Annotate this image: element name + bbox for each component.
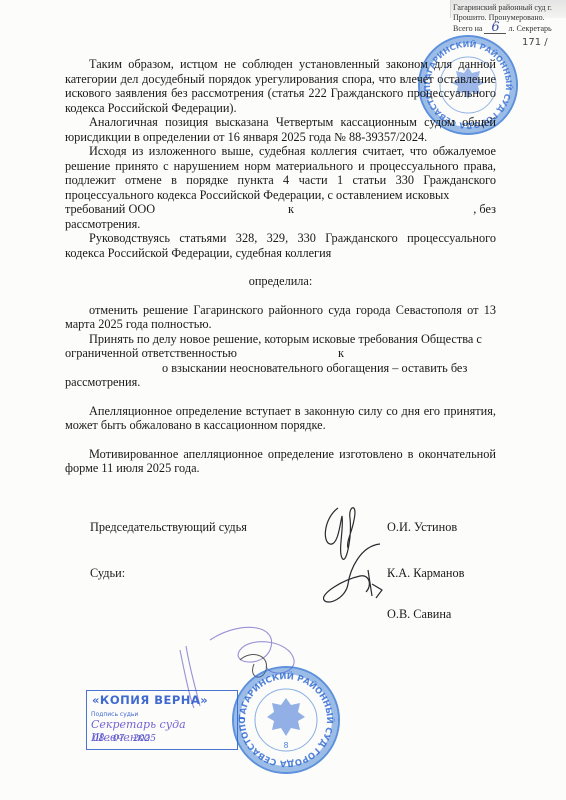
paragraph-final-form: Мотивированное апелляционное определение… [65,447,496,476]
presiding-judge-label: Председательствующий судья [90,520,247,535]
document-page: Гагаринский районный суд г. Прошито. Про… [0,0,566,800]
binding-stamp-stitched: Прошито. Пронумеровано. [453,13,566,23]
binding-stamp-total-label: Всего на [453,24,482,33]
ruling-line-2: ограниченной ответственностью к [65,346,496,361]
claims-without: , без [473,202,496,217]
copy-stamp-subtitle: Подпись судьи [91,711,138,718]
ruling-heading: определила: [65,274,496,289]
judge-karmanov-name: К.А. Карманов [387,566,464,581]
claims-line: требований ООО к , без [65,202,496,217]
copy-stamp-date: 08 . 07 . 2025 [93,734,156,744]
handwritten-marks: 171 / [522,37,548,48]
claims-end: рассмотрения. [65,217,496,232]
court-seal-bottom: ГАГАРИНСКИЙ РАЙОННЫЙ СУД ГОРОДА СЕВАСТОП… [232,666,340,774]
paragraph-conclusion: Исходя из изложенного выше, судебная кол… [65,144,496,202]
paragraph-pretrial: Таким образом, истцом не соблюден устано… [65,57,496,115]
binding-stamp-pages: Всего на 6 л. Секретарь [453,23,566,34]
certified-copy-stamp: «КОПИЯ ВЕРНА» Подпись судьи Секретарь су… [86,690,238,750]
ruling-cancel: отменить решение Гагаринского районного … [65,303,496,332]
binding-stamp-secretary: л. Секретарь [508,24,551,33]
ruling-new-decision: Принять по делу новое решение, которым и… [65,332,496,347]
ruling-llc: ограниченной ответственностью [65,346,237,361]
handwritten-page-count: 6 [484,23,506,34]
eagle-emblem-bottom-icon [267,698,305,736]
document-body: Таким образом, истцом не соблюден устано… [65,57,496,476]
judge-savina-name: О.В. Савина [387,607,451,622]
signature-karmanov-icon [320,540,390,610]
binding-stamp-court: Гагаринский районный суд г. [453,3,566,13]
seal-ring-text-bottom-icon: ГАГАРИНСКИЙ РАЙОННЫЙ СУД ГОРОДА СЕВАСТОП… [234,668,338,772]
ruling-end: рассмотрения. [65,375,496,390]
ruling-k: к [338,346,344,361]
copy-stamp-title: «КОПИЯ ВЕРНА» [92,693,208,707]
paragraph-cassation-position: Аналогичная позиция высказана Четвертым … [65,115,496,144]
paragraph-entry-into-force: Апелляционное определение вступает в зак… [65,404,496,433]
claims-ooo: требований ООО [65,202,155,217]
svg-text:8: 8 [283,741,288,750]
binding-stamp: Гагаринский районный суд г. Прошито. Про… [453,3,566,34]
ruling-line-3: о взыскании неосновательного обогащения … [65,361,496,376]
paragraph-guided-by: Руководствуясь статьями 328, 329, 330 Гр… [65,231,496,260]
judges-label: Судьи: [90,566,125,581]
presiding-judge-name: О.И. Устинов [387,520,457,535]
claims-k: к [288,202,294,217]
